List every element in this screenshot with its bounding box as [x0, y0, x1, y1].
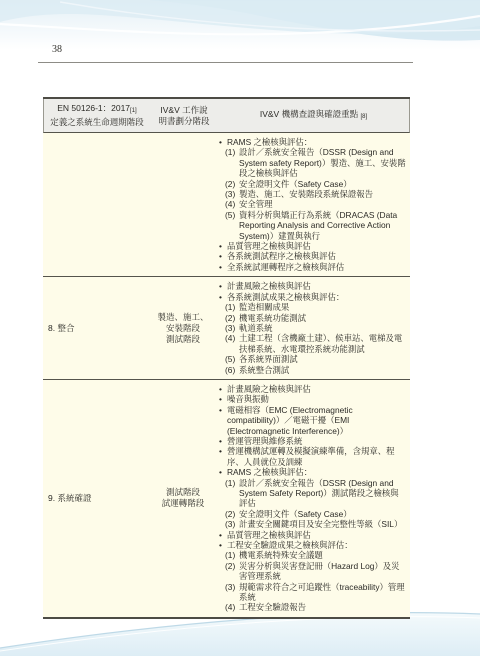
- item-marker: (2): [225, 561, 239, 582]
- stage-cell: [149, 133, 217, 276]
- item-marker: •: [219, 436, 227, 446]
- stage-line: 試運轉階段: [162, 498, 205, 509]
- item-text: 設計／系統安全報告（DSSR (Design and System Safety…: [239, 478, 406, 509]
- item-marker: (1): [225, 478, 239, 509]
- item-text: 各系統界面測試: [239, 354, 406, 364]
- checklist-item: • 各系統測試程序之檢核與評估: [219, 251, 406, 261]
- page-number: 38: [52, 44, 62, 55]
- item-marker: (1): [225, 550, 239, 560]
- checklist-item: • 噪音與振動: [219, 394, 406, 404]
- item-text: 工程安全驗證成果之檢核與評估：: [227, 540, 406, 550]
- item-marker: (1): [225, 302, 239, 312]
- checklist-item: (3) 軌道系統: [225, 323, 406, 333]
- item-marker: (5): [225, 210, 239, 241]
- item-text: 機電系統功能測試: [239, 313, 406, 323]
- item-text: 安全證明文件（Safety Case）: [239, 179, 406, 189]
- item-text: RAMS 之檢核與評估：: [227, 137, 406, 147]
- item-marker: (3): [225, 323, 239, 333]
- item-text: 監造相關成果: [239, 302, 406, 312]
- item-text: 噪音與振動: [227, 394, 406, 404]
- item-text: 安全管理: [239, 199, 406, 209]
- checklist-item: • 品質管理之檢核與評估: [219, 530, 406, 540]
- checklist-item: (1) 機電系統特殊安全議題: [225, 550, 406, 560]
- item-text: 全系統試運轉程序之檢核與評估: [227, 262, 406, 272]
- stage-cell: 製造、施工、安裝階段測試階段: [149, 277, 217, 379]
- checklist-item: (2) 機電系統功能測試: [225, 313, 406, 323]
- checklist-item: • 營運管理與維修系統: [219, 436, 406, 446]
- checklist-item: (1) 設計／系統安全報告（DSSR (Design and System Sa…: [225, 478, 406, 509]
- item-text: 規範需求符合之可追蹤性（traceability）管理系統: [239, 582, 406, 603]
- stage-line: 測試階段: [166, 334, 200, 345]
- phase-cell: 9. 系統確證: [43, 380, 149, 617]
- top-wave-decoration: [0, 0, 480, 78]
- item-text: RAMS 之檢核與評估：: [227, 467, 406, 477]
- header-line: IV&V 工作說: [160, 105, 207, 116]
- table-header-row: EN 50126-1：2017[1] 定義之系統生命週期階段 IV&V 工作說 …: [43, 99, 410, 133]
- header-line: 明書劃分階段: [158, 116, 209, 127]
- item-marker: •: [219, 530, 227, 540]
- stage-cell: 測試階段試運轉階段: [149, 380, 217, 617]
- item-marker: •: [219, 137, 227, 147]
- checklist-item: (1) 監造相關成果: [225, 302, 406, 312]
- item-text: 營運機構試運轉及模擬演練準備，含規章、程序、人員就位及訓練: [227, 446, 406, 467]
- lifecycle-ivv-table: EN 50126-1：2017[1] 定義之系統生命週期階段 IV&V 工作說 …: [43, 97, 410, 619]
- item-marker: (6): [225, 365, 239, 375]
- item-text: 品質管理之檢核與評估: [227, 241, 406, 251]
- item-marker: (4): [225, 602, 239, 612]
- item-marker: (4): [225, 333, 239, 354]
- checklist-item: • RAMS 之檢核與評估：: [219, 467, 406, 477]
- citation-marker: [8]: [360, 114, 367, 120]
- item-marker: •: [219, 251, 227, 261]
- header-line: EN 50126-1：2017[1]: [57, 103, 136, 117]
- checklist-item: • 品質管理之檢核與評估: [219, 241, 406, 251]
- table-body: • RAMS 之檢核與評估： (1) 設計／系統安全報告（DSSR (Desig…: [43, 133, 410, 617]
- item-text: 計畫風險之檢核與評估: [227, 281, 406, 291]
- checklist-item: • 各系統測試成果之檢核與評估：: [219, 292, 406, 302]
- item-marker: (4): [225, 199, 239, 209]
- checklist-item: • 計畫風險之檢核與評估: [219, 281, 406, 291]
- item-marker: (5): [225, 354, 239, 364]
- item-text: 災害分析與災害登記冊（Hazard Log）及災害管理系統: [239, 561, 406, 582]
- stage-line: 測試階段: [166, 487, 200, 498]
- item-marker: •: [219, 394, 227, 404]
- phase-cell: 8. 整合: [43, 277, 149, 379]
- item-text: 電磁相容（EMC (Electromagnetic compatibility)…: [227, 405, 406, 436]
- item-text: 品質管理之檢核與評估: [227, 530, 406, 540]
- header-text: EN 50126-1：2017: [57, 103, 130, 113]
- checklist-item: • 營運機構試運轉及模擬演練準備，含規章、程序、人員就位及訓練: [219, 446, 406, 467]
- checklist-item: (3) 製造、施工、安裝階段系統保證報告: [225, 189, 406, 199]
- item-text: 土建工程（含機廠土建）、候車站、電梯及電扶梯系統、水電環控系統功能測試: [239, 333, 406, 354]
- item-marker: •: [219, 292, 227, 302]
- item-text: 製造、施工、安裝階段系統保證報告: [239, 189, 406, 199]
- item-marker: •: [219, 384, 227, 394]
- item-marker: •: [219, 262, 227, 272]
- item-text: 機電系統特殊安全議題: [239, 550, 406, 560]
- item-marker: •: [219, 281, 227, 291]
- item-marker: (3): [225, 189, 239, 199]
- document-page: { "page": { "number": "38" }, "colors": …: [0, 0, 480, 656]
- item-marker: •: [219, 446, 227, 467]
- item-marker: (1): [225, 147, 239, 178]
- checklist-item: (2) 災害分析與災害登記冊（Hazard Log）及災害管理系統: [225, 561, 406, 582]
- item-text: 各系統測試程序之檢核與評估: [227, 251, 406, 261]
- citation-marker: [1]: [130, 108, 137, 114]
- item-marker: •: [219, 540, 227, 550]
- item-text: 系統整合測試: [239, 365, 406, 375]
- checklist-item: (4) 工程安全驗證報告: [225, 602, 406, 612]
- points-cell: • 計畫風險之檢核與評估 • 噪音與振動 • 電磁相容（EMC (Electro…: [217, 380, 410, 617]
- item-marker: (2): [225, 179, 239, 189]
- header-text: IV&V 機構查證與確證重點: [260, 109, 358, 119]
- checklist-item: (6) 系統整合測試: [225, 365, 406, 375]
- stage-line: 安裝階段: [166, 323, 200, 334]
- stage-line: 製造、施工、: [157, 312, 208, 323]
- item-text: 設計／系統安全報告（DSSR (Design and System safety…: [239, 147, 406, 178]
- checklist-item: (5) 資料分析與矯正行為系統（DRACAS (Data Reporting A…: [225, 210, 406, 241]
- checklist-item: (4) 土建工程（含機廠土建）、候車站、電梯及電扶梯系統、水電環控系統功能測試: [225, 333, 406, 354]
- item-marker: •: [219, 405, 227, 436]
- item-text: 資料分析與矯正行為系統（DRACAS (Data Reporting Analy…: [239, 210, 406, 241]
- checklist-item: (1) 設計／系統安全報告（DSSR (Design and System sa…: [225, 147, 406, 178]
- item-marker: •: [219, 467, 227, 477]
- header-line: IV&V 機構查證與確證重點 [8]: [260, 109, 367, 123]
- checklist-item: • 工程安全驗證成果之檢核與評估：: [219, 540, 406, 550]
- item-text: 軌道系統: [239, 323, 406, 333]
- header-line: 定義之系統生命週期階段: [50, 117, 144, 128]
- item-text: 各系統測試成果之檢核與評估：: [227, 292, 406, 302]
- points-cell: • RAMS 之檢核與評估： (1) 設計／系統安全報告（DSSR (Desig…: [217, 133, 410, 276]
- table-row: 8. 整合 製造、施工、安裝階段測試階段 • 計畫風險之檢核與評估 • 各系統測…: [43, 277, 410, 380]
- item-text: 計畫風險之檢核與評估: [227, 384, 406, 394]
- checklist-item: (5) 各系統界面測試: [225, 354, 406, 364]
- checklist-item: (3) 計畫安全關鍵項目及安全完整性等級（SIL）: [225, 519, 406, 529]
- checklist-item: (2) 安全證明文件（Safety Case）: [225, 179, 406, 189]
- checklist-item: (2) 安全證明文件（Safety Case）: [225, 509, 406, 519]
- checklist-item: • 計畫風險之檢核與評估: [219, 384, 406, 394]
- checklist-item: • RAMS 之檢核與評估：: [219, 137, 406, 147]
- header-ivv-points: IV&V 機構查證與確證重點 [8]: [218, 99, 409, 132]
- item-marker: (3): [225, 519, 239, 529]
- points-cell: • 計畫風險之檢核與評估 • 各系統測試成果之檢核與評估： (1) 監造相關成果…: [217, 277, 410, 379]
- table-row: • RAMS 之檢核與評估： (1) 設計／系統安全報告（DSSR (Desig…: [43, 133, 410, 277]
- checklist-item: (4) 安全管理: [225, 199, 406, 209]
- item-marker: •: [219, 241, 227, 251]
- item-text: 工程安全驗證報告: [239, 602, 406, 612]
- page-header-rule: [38, 62, 413, 63]
- checklist-item: (3) 規範需求符合之可追蹤性（traceability）管理系統: [225, 582, 406, 603]
- item-text: 營運管理與維修系統: [227, 436, 406, 446]
- checklist-item: • 全系統試運轉程序之檢核與評估: [219, 262, 406, 272]
- table-row: 9. 系統確證 測試階段試運轉階段 • 計畫風險之檢核與評估 • 噪音與振動 •…: [43, 380, 410, 617]
- item-marker: (3): [225, 582, 239, 603]
- item-text: 計畫安全關鍵項目及安全完整性等級（SIL）: [239, 519, 406, 529]
- item-marker: (2): [225, 313, 239, 323]
- phase-cell: [43, 133, 149, 276]
- header-ivv-stage: IV&V 工作說 明書劃分階段: [150, 99, 218, 132]
- item-text: 安全證明文件（Safety Case）: [239, 509, 406, 519]
- header-lifecycle-phase: EN 50126-1：2017[1] 定義之系統生命週期階段: [44, 99, 150, 132]
- item-marker: (2): [225, 509, 239, 519]
- checklist-item: • 電磁相容（EMC (Electromagnetic compatibilit…: [219, 405, 406, 436]
